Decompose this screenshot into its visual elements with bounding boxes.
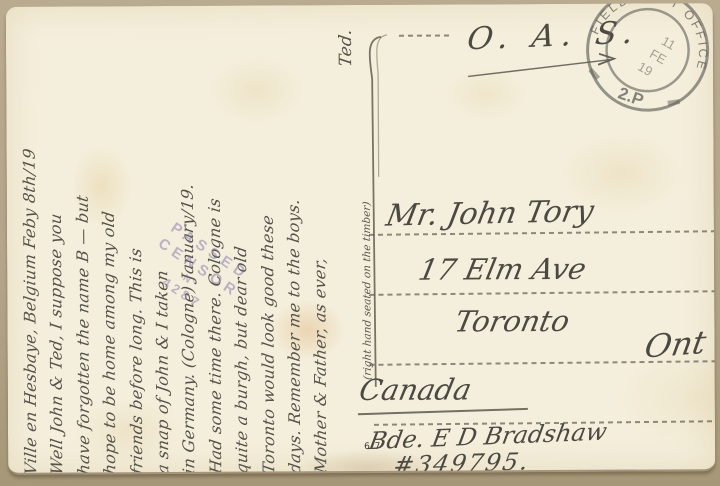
message-line: quite a burgh, but dear old: [227, 10, 256, 475]
postcard: Ville en Hesbaye, Belgium Feby 8th/19Wel…: [6, 3, 715, 475]
country-underline: [358, 408, 528, 415]
message-line: Well John & Ted, I suppose you: [42, 11, 71, 475]
address-street: 17 Elm Ave: [416, 252, 590, 287]
scan-background: Ville en Hesbaye, Belgium Feby 8th/19Wel…: [0, 0, 720, 486]
postmark-stamp: FIELD POST OFFICE 2.P 11 FE 19: [544, 3, 715, 155]
message-line: Toronto would look good these: [253, 10, 282, 475]
printers-mark: 6 7: [364, 442, 381, 452]
sender-number: #349795.: [391, 447, 532, 475]
message-line: Ville en Hesbaye, Belgium Feby 8th/19: [16, 11, 45, 475]
postmark-ornament: [667, 99, 680, 106]
address-name: Mr. John Tory: [383, 194, 596, 234]
address-country: Canada: [356, 372, 474, 407]
address-city: Toronto: [452, 304, 573, 339]
divider-top-dotted-line: [399, 35, 451, 37]
message-line: days. Remember me to the boys.: [280, 10, 309, 475]
message-line: Mother & Father, as ever,: [306, 9, 335, 474]
address-line-rule: [369, 290, 715, 296]
address-province: Ont: [642, 323, 709, 365]
message-line: have forgotten the name B — but: [69, 11, 98, 475]
postmark-office-number: 2.P: [616, 83, 646, 109]
message-line: hope to be home among my old: [95, 11, 124, 475]
